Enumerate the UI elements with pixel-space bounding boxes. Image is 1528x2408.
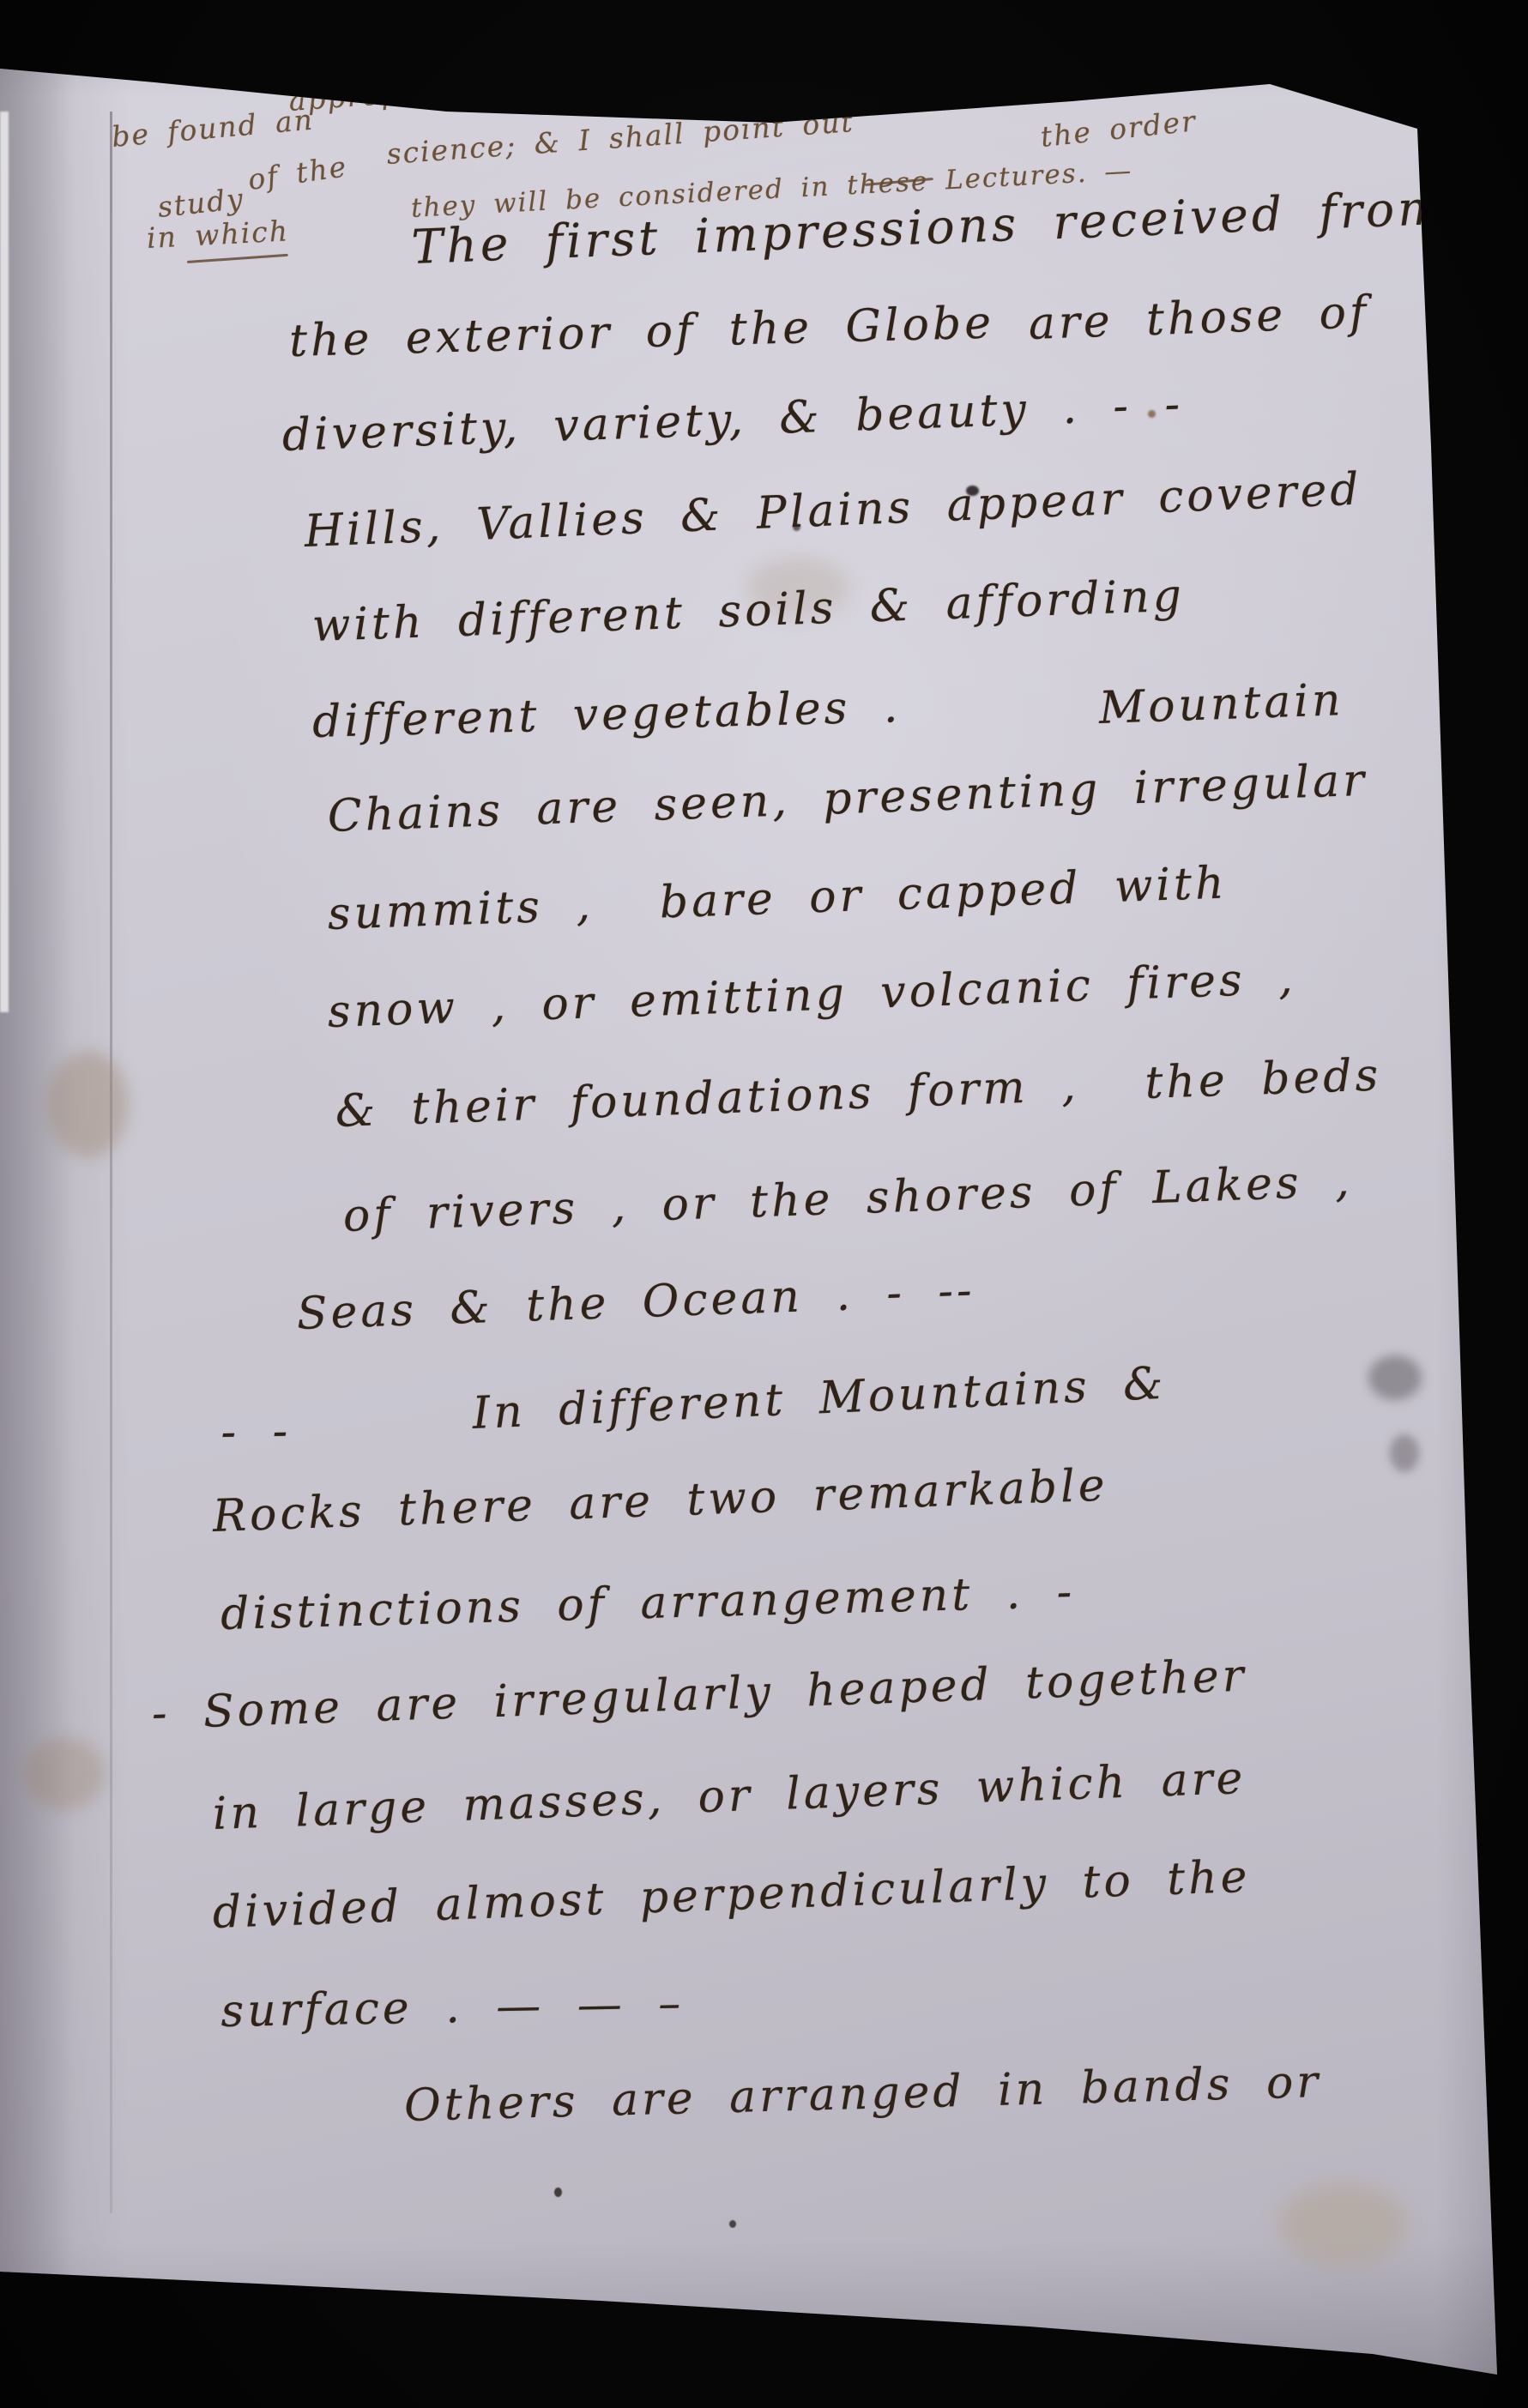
manuscript-page: be found an appropriate introduction to … (0, 0, 1528, 2408)
annotation-line: appropriate introduction to the (287, 48, 811, 118)
smudge-stain (47, 1051, 129, 1158)
speck (729, 2220, 736, 2228)
black-backdrop: be found an appropriate introduction to … (0, 0, 1528, 2408)
page-edge-sliver (0, 112, 9, 1012)
handwriting-line: Mountain (1098, 674, 1344, 734)
smudge-stain (24, 1737, 106, 1810)
edge-smudge (1390, 1434, 1419, 1472)
handwriting-line: - - (220, 1406, 292, 1458)
binding-crease-line (110, 112, 112, 2213)
edge-smudge (1368, 1355, 1422, 1400)
bottom-stain (1278, 2183, 1407, 2265)
photo-of-manuscript: { "document": { "kind": "handwritten man… (0, 0, 1528, 2408)
handwriting-line: surface . — — – (220, 1978, 685, 2037)
speck (554, 2188, 562, 2197)
